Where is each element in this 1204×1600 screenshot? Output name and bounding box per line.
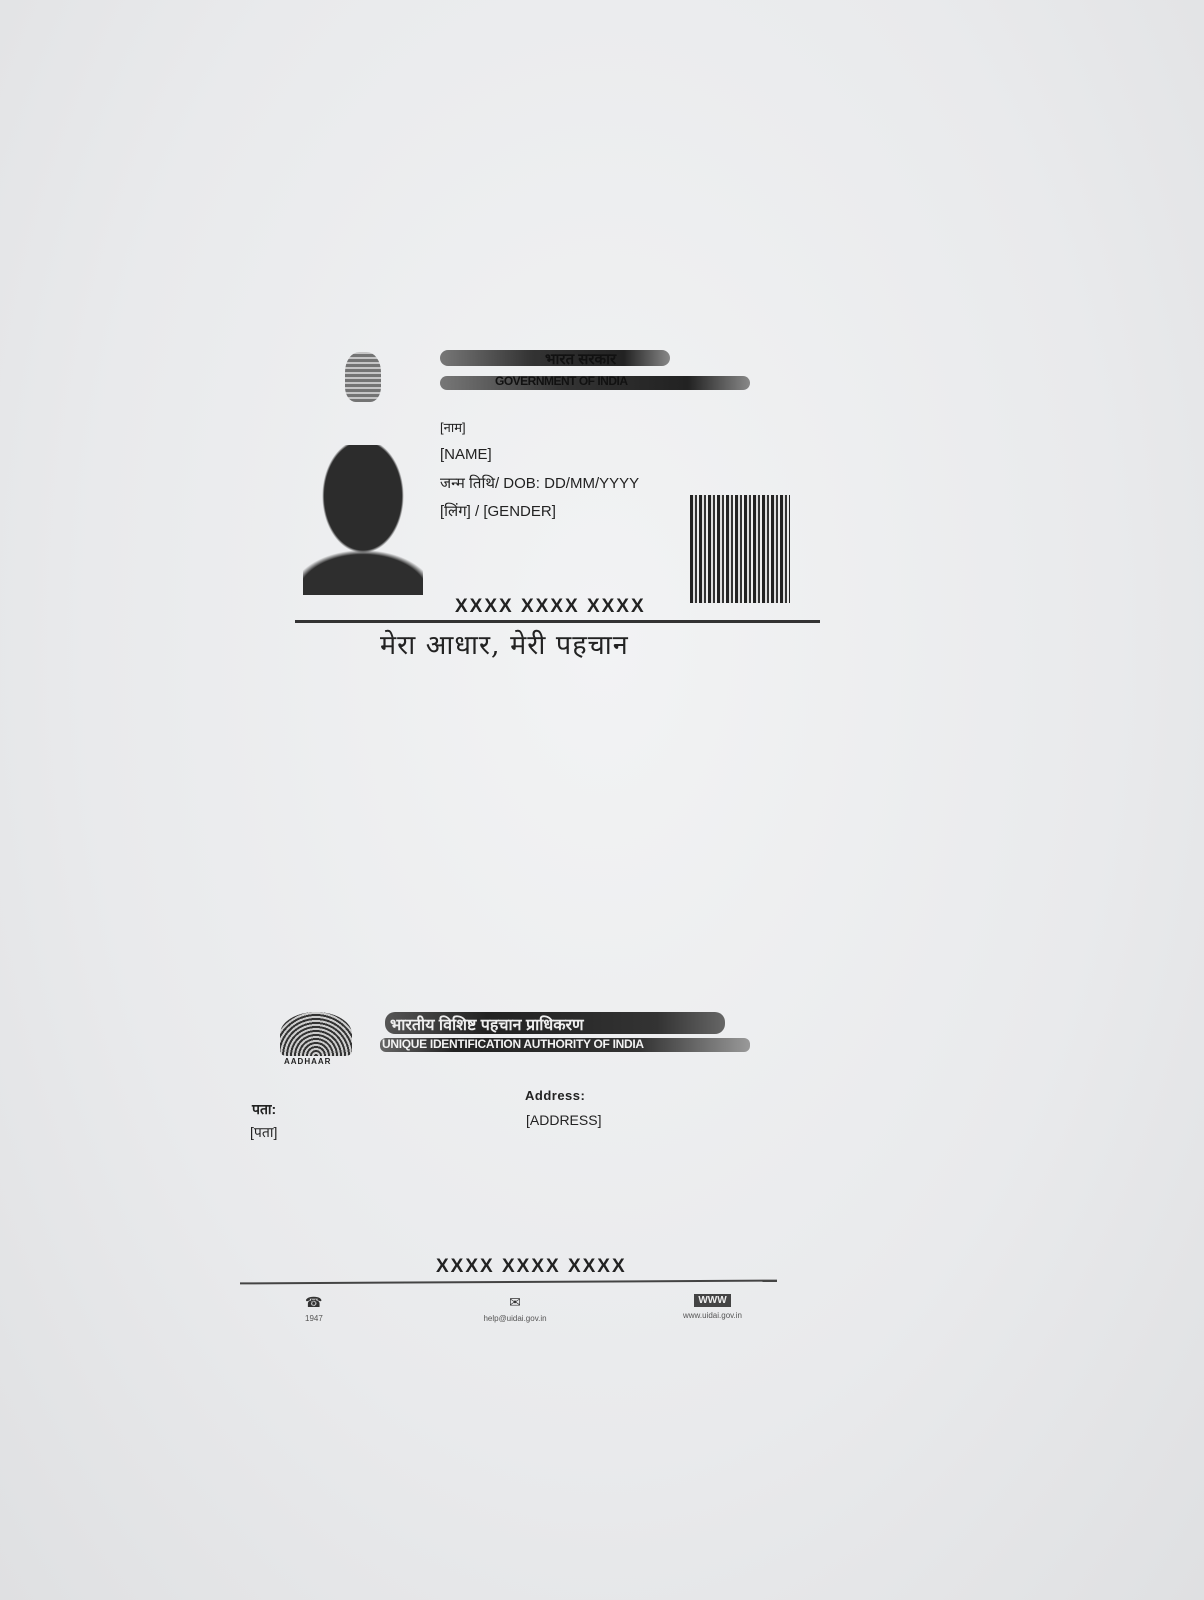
holder-name: [NAME] [440, 446, 492, 463]
qr-code-icon [690, 495, 790, 603]
aadhaar-number: XXXX XXXX XXXX [455, 596, 646, 618]
phone-icon: ☎ [305, 1294, 323, 1311]
name-hindi: [नाम] [440, 418, 466, 436]
aadhaar-card-front: भारत सरकार GOVERNMENT OF INDIA [नाम] [NA… [295, 340, 835, 670]
mail-address: help@uidai.gov.in [483, 1314, 546, 1323]
dob-value: DD/MM/YYYY [544, 475, 639, 492]
gender-hindi: [लिंग] [440, 503, 471, 520]
gender-value: / [GENDER] [475, 503, 556, 520]
dob-label: जन्म तिथि/ DOB: [440, 475, 540, 492]
address-label-hindi: पता: [252, 1100, 276, 1119]
aadhaar-number-back: XXXX XXXX XXXX [436, 1256, 627, 1278]
mail-icon: ✉ [450, 1294, 580, 1311]
gender-row: [लिंग] / [GENDER] [440, 501, 556, 521]
logo-label: AADHAAR [284, 1057, 331, 1066]
photo-placeholder-icon [303, 445, 423, 595]
authority-hindi: भारतीय विशिष्ट पहचान प्राधिकरण [390, 1013, 584, 1035]
divider [295, 620, 820, 623]
footer-mail: ✉ help@uidai.gov.in [450, 1294, 580, 1323]
footer-phone: ☎ 1947 [305, 1294, 323, 1323]
dob-row: जन्म तिथि/ DOB: DD/MM/YYYY [440, 473, 639, 493]
aadhaar-card-back: AADHAAR भारतीय विशिष्ट पहचान प्राधिकरण U… [240, 1000, 800, 1360]
national-emblem-icon [345, 352, 381, 402]
address-hindi: [पता] [250, 1120, 500, 1144]
footer-web: WWW www.uidai.gov.in [655, 1294, 770, 1320]
tagline: मेरा आधार, मेरी पहचान [380, 625, 629, 662]
address-english: [ADDRESS] [526, 1108, 766, 1132]
gov-english: GOVERNMENT OF INDIA [495, 374, 628, 388]
divider-back [240, 1280, 777, 1285]
gov-hindi: भारत सरकार [545, 349, 616, 369]
authority-english: UNIQUE IDENTIFICATION AUTHORITY OF INDIA [382, 1037, 644, 1051]
phone-number: 1947 [305, 1314, 323, 1323]
web-address: www.uidai.gov.in [683, 1311, 742, 1320]
aadhaar-logo-icon [280, 1012, 352, 1056]
address-label: Address: [525, 1088, 585, 1103]
web-icon: WWW [694, 1294, 730, 1307]
